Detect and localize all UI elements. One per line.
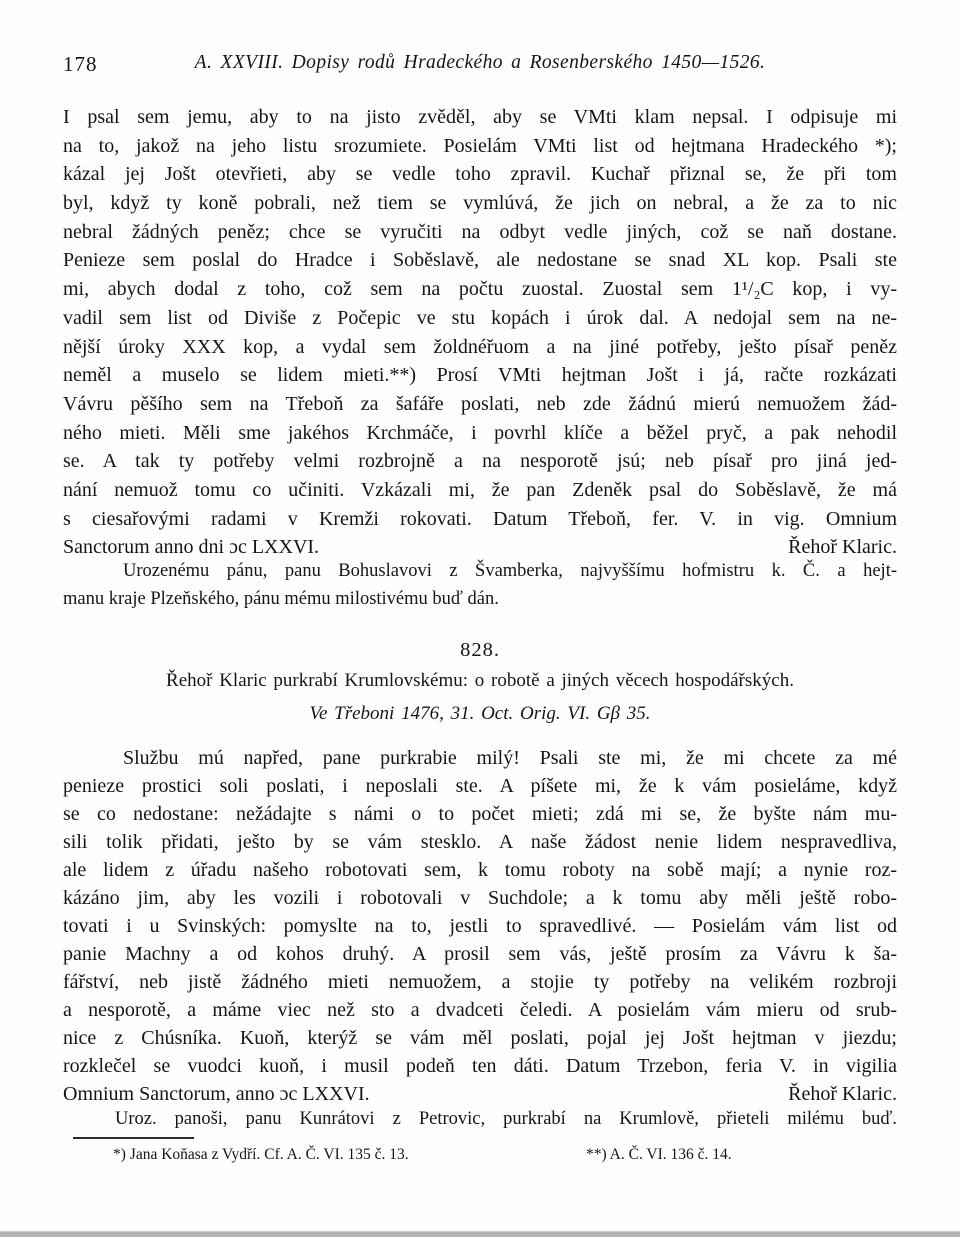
- text-line: neměl a muselo se lidem mieti.**) Prosí …: [63, 361, 897, 390]
- entry-number: 828.: [0, 639, 960, 662]
- scan-bottom-edge: [0, 1231, 960, 1237]
- text-line: tovati i u Svinských: pomyslte na to, je…: [63, 912, 897, 940]
- text-line: penieze prostici soli poslati, i neposla…: [63, 772, 897, 800]
- letter-827-address: Urozenému pánu, panu Bohuslavovi z Švamb…: [63, 557, 897, 613]
- text-line: fářství, neb jistě žádného mieti nemuože…: [63, 968, 897, 996]
- text-line: rozklečel se vuodci kuoň, i musil podeň …: [63, 1052, 897, 1080]
- text-line: panie Machny a od kohos druhý. A prosil …: [63, 940, 897, 968]
- footnotes: *) Jana Koňasa z Vydří. Cf. A. Č. VI. 13…: [63, 1146, 897, 1170]
- running-head: 178 A. XXVIII. Dopisy rodů Hradeckého a …: [0, 52, 960, 78]
- text-line: mi, abych dodal z toho, což sem na počtu…: [63, 275, 897, 304]
- entry-heading: Řehoř Klaric purkrabí Krumlovskému: o ro…: [63, 670, 897, 692]
- dateline: Omnium Sanctorum, anno ɔc LXXVI.: [63, 1080, 370, 1108]
- footnote-second: **) A. Č. VI. 136 č. 14.: [586, 1146, 732, 1164]
- footnote-separator: [73, 1137, 194, 1139]
- letter-828-body: Službu mú napřed, pane purkrabie milý! P…: [63, 744, 897, 1108]
- address-line: manu kraje Plzeňského, pánu mému milosti…: [63, 585, 897, 613]
- text-line: Penieze sem poslal do Hradce i Soběslavě…: [63, 246, 897, 275]
- text-line: na to, jakož na jeho listu srozumiete. P…: [63, 132, 897, 161]
- letter-828-closing: Omnium Sanctorum, anno ɔc LXXVI. Řehoř K…: [63, 1080, 897, 1108]
- text-line: byl, když ty koně pobrali, než tiem se v…: [63, 189, 897, 218]
- text-line: sili tolik přidati, ješto by se vám stes…: [63, 828, 897, 856]
- text-line: kázal jej Jošt otevřieti, aby se vedle t…: [63, 160, 897, 189]
- entry-source-line: Ve Třeboni 1476, 31. Oct. Orig. VI. Gβ 3…: [63, 703, 897, 725]
- text-line: nebral žádných peněz; chce se vyručiti n…: [63, 218, 897, 247]
- running-title: A. XXVIII. Dopisy rodů Hradeckého a Rose…: [0, 52, 960, 74]
- text-line: nání nemuož tomu co učiniti. Vzkázali mi…: [63, 476, 897, 505]
- text-line: ného mieti. Měli sme jakéhos Krchmáče, i…: [63, 419, 897, 448]
- text-line: Vávru pěšího sem na Třeboň za šafáře pos…: [63, 390, 897, 419]
- letter-828-address: Uroz. panoši, panu Kunrátovi z Petrovic,…: [63, 1106, 897, 1132]
- text-line: a nesporotě, a máme viec než sto a dvadc…: [63, 996, 897, 1024]
- text-line: se co nedostane: nežádajte s námi o to p…: [63, 800, 897, 828]
- letter-827-body: I psal sem jemu, aby to na jisto zvěděl,…: [63, 103, 897, 562]
- text-line: nější úroky XXX kop, a vydal sem žoldnéř…: [63, 333, 897, 362]
- text-line: ale lidem z úřadu našeho robotovati sem,…: [63, 856, 897, 884]
- text-line: I psal sem jemu, aby to na jisto zvěděl,…: [63, 103, 897, 132]
- text-line: se. A tak ty potřeby velmi rozbrojně a n…: [63, 447, 897, 476]
- address-line: Urozenému pánu, panu Bohuslavovi z Švamb…: [63, 557, 897, 585]
- text-line: s ciesařovými radami v Kremži rokovati. …: [63, 505, 897, 534]
- book-page: 178 A. XXVIII. Dopisy rodů Hradeckého a …: [0, 0, 960, 1239]
- footnote-first: *) Jana Koňasa z Vydří. Cf. A. Č. VI. 13…: [113, 1146, 409, 1164]
- text-line: vadil sem list od Diviše z Počepic ve st…: [63, 304, 897, 333]
- text-line: nice z Chúsníka. Kuoň, kterýž se vám měl…: [63, 1024, 897, 1052]
- address-line: Uroz. panoši, panu Kunrátovi z Petrovic,…: [63, 1106, 897, 1132]
- signature: Řehoř Klaric.: [788, 1080, 897, 1108]
- text-line: Službu mú napřed, pane purkrabie milý! P…: [63, 744, 897, 772]
- text-line: kázáno jim, aby les vozili i robotovali …: [63, 884, 897, 912]
